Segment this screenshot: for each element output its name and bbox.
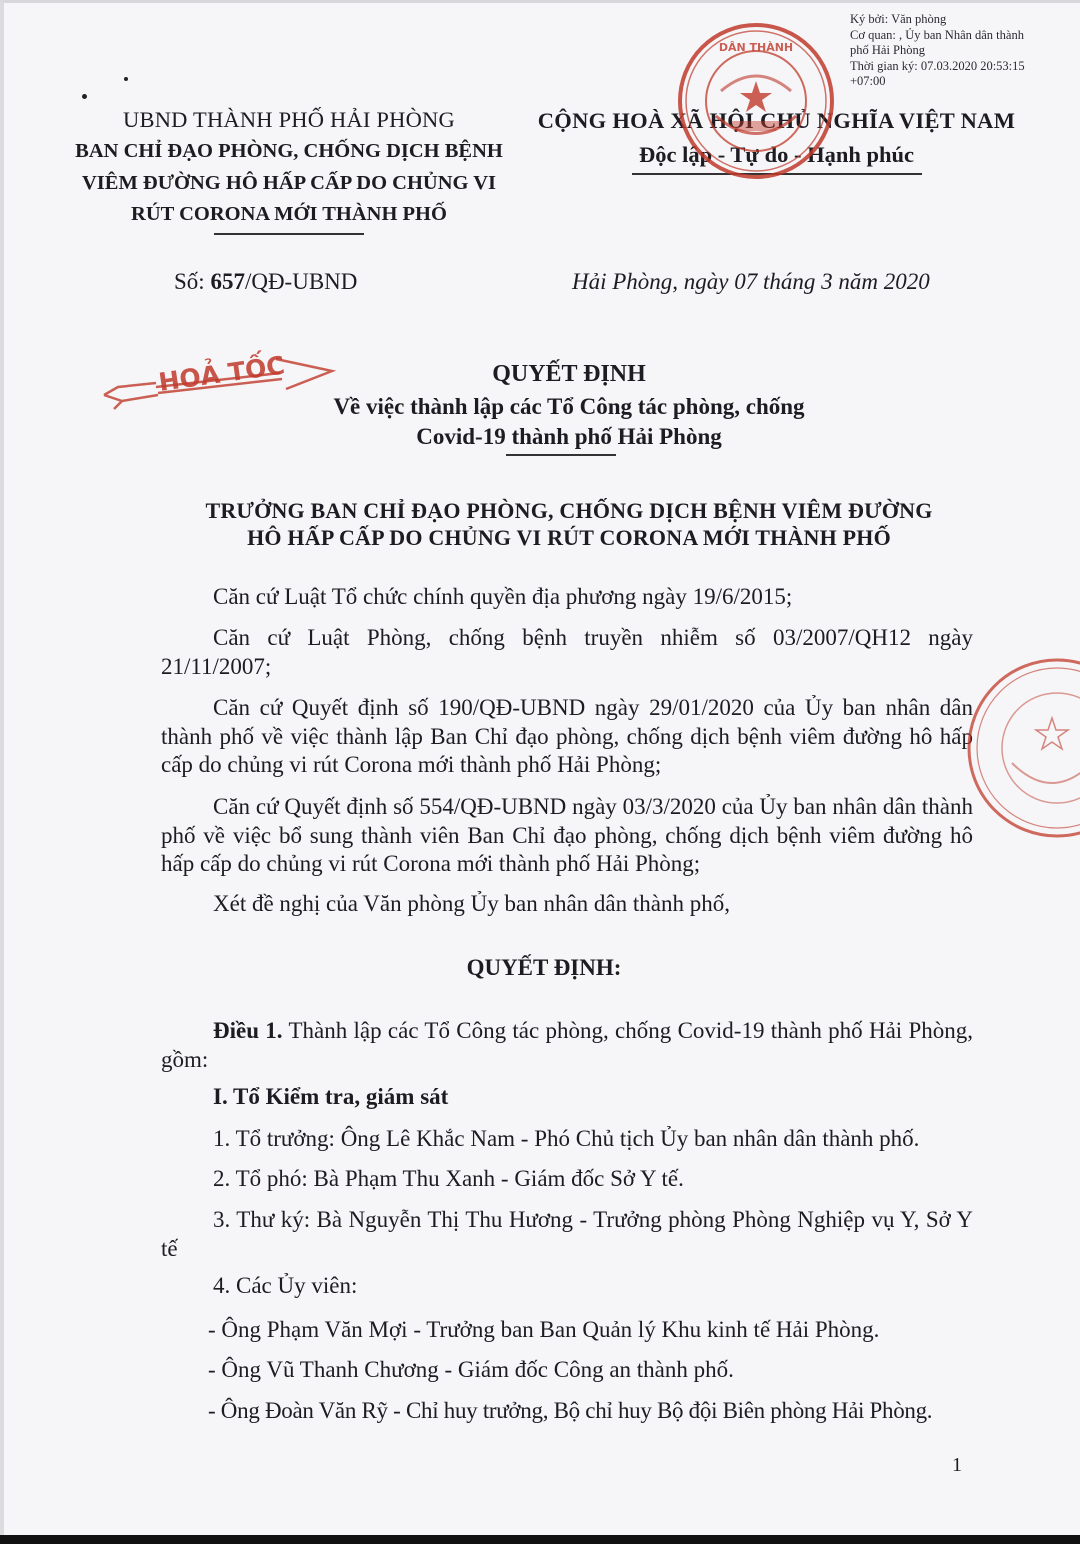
- list-item-text: 3. Thư ký: Bà Nguyễn Thị Thu Hương - Trư…: [161, 1206, 973, 1263]
- decision-subject-line-1: Về việc thành lập các Tổ Công tác phòng,…: [254, 392, 884, 422]
- header-underline: [214, 233, 364, 235]
- speck: [124, 77, 128, 81]
- place-and-date: Hải Phòng, ngày 07 tháng 3 năm 2020: [572, 269, 930, 295]
- doc-number-suffix: /QĐ-UBND: [245, 269, 357, 294]
- screen-bottom-edge: [0, 1535, 1080, 1544]
- committee-line-1: BAN CHỈ ĐẠO PHÒNG, CHỐNG DỊCH BỆNH: [59, 136, 519, 168]
- doc-number-value: 657: [210, 269, 245, 294]
- speck: [82, 94, 87, 99]
- issuer-line-2: HÔ HẤP CẤP DO CHỦNG VI RÚT CORONA MỚI TH…: [154, 524, 984, 551]
- signed-by: Ký bởi: Văn phòng: [850, 12, 1025, 28]
- member-item: - Ông Đoàn Văn Rỹ - Chỉ huy trưởng, Bộ c…: [208, 1397, 1020, 1426]
- legal-basis-text: Căn cứ Quyết định số 554/QĐ-UBND ngày 03…: [161, 793, 973, 879]
- article-text: Thành lập các Tổ Công tác phòng, chống C…: [161, 1018, 973, 1072]
- title-underline: [506, 454, 616, 456]
- committee-line-3: RÚT CORONA MỚI THÀNH PHỐ: [59, 199, 519, 231]
- legal-basis-1: Căn cứ Luật Tổ chức chính quyền địa phươ…: [161, 583, 973, 612]
- svg-text:DÂN THÀNH: DÂN THÀNH: [719, 41, 793, 54]
- signing-timezone: +07:00: [850, 74, 1025, 90]
- legal-basis-text: Căn cứ Luật Tổ chức chính quyền địa phươ…: [161, 583, 973, 612]
- page-number: 1: [952, 1454, 962, 1477]
- article-1: Điều 1. Thành lập các Tổ Công tác phòng,…: [161, 1017, 973, 1074]
- member-item: - Ông Phạm Văn Mợi - Trưởng ban Ban Quản…: [208, 1316, 1020, 1345]
- decision-subject-line-2: Covid-19 thành phố Hải Phòng: [254, 422, 884, 452]
- committee-line-2: VIÊM ĐƯỜNG HÔ HẤP CẤP DO CHỦNG VI: [59, 168, 519, 200]
- digital-signature-info: Ký bởi: Văn phòng Cơ quan: , Ủy ban Nhân…: [850, 12, 1025, 90]
- legal-basis-4: Căn cứ Quyết định số 554/QĐ-UBND ngày 03…: [161, 793, 973, 879]
- section-heading: I. Tổ Kiểm tra, giám sát: [213, 1083, 1025, 1112]
- legal-basis-2: Căn cứ Luật Phòng, chống bệnh truyền nhi…: [161, 624, 973, 681]
- official-seal-partial-icon: [962, 653, 1080, 843]
- official-seal-icon: DÂN THÀNH: [676, 21, 836, 181]
- article-label: Điều 1.: [213, 1018, 283, 1043]
- list-item: 4. Các Ủy viên:: [213, 1272, 1025, 1301]
- document-page: Ký bởi: Văn phòng Cơ quan: , Ủy ban Nhân…: [0, 0, 1080, 1535]
- legal-basis-text: Xét đề nghị của Văn phòng Ủy ban nhân dâ…: [161, 890, 973, 919]
- list-item: 3. Thư ký: Bà Nguyễn Thị Thu Hương - Trư…: [161, 1206, 973, 1263]
- doc-number-label: Số:: [174, 269, 205, 294]
- signing-agency-cont: phố Hải Phòng: [850, 43, 1025, 59]
- authority-name: UBND THÀNH PHỐ HẢI PHÒNG: [59, 104, 519, 136]
- issuer-line-1: TRƯỞNG BAN CHỈ ĐẠO PHÒNG, CHỐNG DỊCH BỆN…: [154, 497, 984, 524]
- list-item: 1. Tổ trưởng: Ông Lê Khắc Nam - Phó Chủ …: [213, 1125, 1025, 1154]
- legal-basis-text: Căn cứ Luật Phòng, chống bệnh truyền nhi…: [161, 624, 973, 681]
- signing-time: Thời gian ký: 07.03.2020 20:53:15: [850, 59, 1025, 75]
- proposal-basis: Xét đề nghị của Văn phòng Ủy ban nhân dâ…: [161, 890, 973, 919]
- document-number: Số: 657/QĐ-UBND: [174, 269, 357, 295]
- decision-title: QUYẾT ĐỊNH Về việc thành lập các Tổ Công…: [254, 356, 884, 456]
- issuing-official: TRƯỞNG BAN CHỈ ĐẠO PHÒNG, CHỐNG DỊCH BỆN…: [154, 497, 984, 551]
- issuing-authority-header: UBND THÀNH PHỐ HẢI PHÒNG BAN CHỈ ĐẠO PHÒ…: [59, 104, 519, 235]
- signing-agency: Cơ quan: , Ủy ban Nhân dân thành: [850, 28, 1025, 44]
- member-item: - Ông Vũ Thanh Chương - Giám đốc Công an…: [208, 1356, 1020, 1385]
- legal-basis-3: Căn cứ Quyết định số 190/QĐ-UBND ngày 29…: [161, 694, 973, 780]
- decision-heading: QUYẾT ĐỊNH: [254, 356, 884, 392]
- legal-basis-text: Căn cứ Quyết định số 190/QĐ-UBND ngày 29…: [161, 694, 973, 780]
- list-item: 2. Tổ phó: Bà Phạm Thu Xanh - Giám đốc S…: [213, 1165, 1025, 1194]
- decides-heading: QUYẾT ĐỊNH:: [4, 955, 1080, 981]
